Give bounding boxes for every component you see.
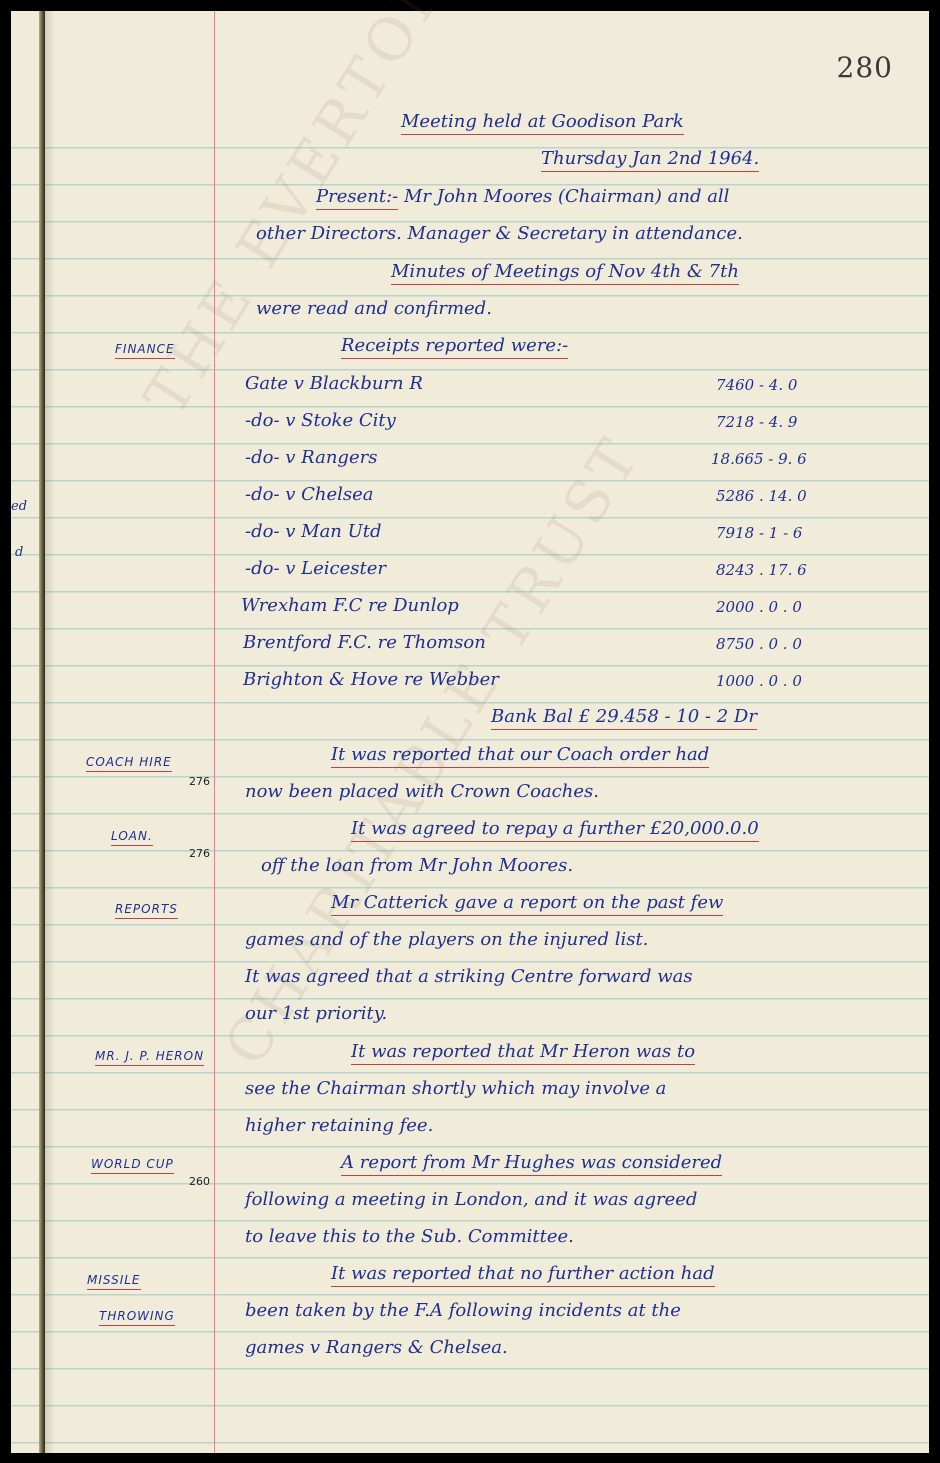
receipt-description: Gate v Blackburn R	[245, 373, 423, 394]
reports-line-2: games and of the players on the injured …	[245, 929, 648, 950]
coach-hire-line-2: now been placed with Crown Coaches.	[245, 781, 599, 802]
world-cup-line-2: following a meeting in London, and it wa…	[245, 1189, 697, 1210]
bank-balance: Bank Bal £ 29.458 - 10 - 2 Dr	[491, 706, 757, 730]
edge-mark: ed	[11, 499, 27, 514]
margin-label-heron: MR. J. P. HERON	[95, 1049, 204, 1066]
minutes-line-2: were read and confirmed.	[256, 298, 492, 319]
present-label: Present:-	[316, 186, 398, 210]
coach-hire-line-1: It was reported that our Coach order had	[331, 744, 709, 765]
heron-text: It was reported that Mr Heron was to	[351, 1041, 695, 1065]
receipts-heading: Receipts reported were:-	[341, 335, 568, 359]
world-cup-line-3: to leave this to the Sub. Committee.	[245, 1226, 574, 1247]
missile-line-3: games v Rangers & Chelsea.	[245, 1337, 508, 1358]
receipt-description: Wrexham F.C re Dunlop	[241, 595, 459, 616]
receipt-description: -do- v Rangers	[245, 447, 377, 468]
receipt-description: -do- v Leicester	[245, 558, 386, 579]
margin-label-finance: FINANCE	[115, 342, 175, 359]
present-text: Mr John Moores (Chairman) and all	[404, 186, 729, 207]
meeting-date: Thursday Jan 2nd 1964.	[541, 148, 759, 172]
red-margin-line	[214, 11, 215, 1453]
watermark: THE EVERTON COLLECTION	[131, 0, 666, 427]
margin-label-reports: REPORTS	[115, 902, 178, 919]
receipt-amount: 7460 - 4. 0	[716, 376, 797, 394]
receipt-amount: 5286 . 14. 0	[716, 487, 807, 505]
receipt-description: -do- v Stoke City	[245, 410, 396, 431]
receipt-description: Brentford F.C. re Thomson	[243, 632, 486, 653]
receipt-amount: 1000 . 0 . 0	[716, 672, 802, 690]
receipt-description: -do- v Man Utd	[245, 521, 382, 542]
world-cup-line-1: A report from Mr Hughes was considered	[341, 1152, 722, 1173]
margin-label-loan: LOAN.	[111, 829, 153, 846]
margin-label-world-cup: WORLD CUP	[91, 1157, 174, 1174]
receipt-amount: 2000 . 0 . 0	[716, 598, 802, 616]
cross-reference: 276	[189, 775, 210, 788]
heron-line-2: see the Chairman shortly which may invol…	[245, 1078, 666, 1099]
page-number: 280	[837, 51, 893, 84]
missile-line-1: It was reported that no further action h…	[331, 1263, 715, 1284]
cross-reference: 276	[189, 847, 210, 860]
receipt-amount: 8750 . 0 . 0	[716, 635, 802, 653]
receipt-description: Brighton & Hove re Webber	[243, 669, 499, 690]
minutes-line-1: Minutes of Meetings of Nov 4th & 7th	[391, 261, 739, 282]
missile-line-2: been taken by the F.A following incident…	[245, 1300, 681, 1321]
minutes-text: Minutes of Meetings of Nov 4th & 7th	[391, 261, 739, 285]
margin-label-throwing: THROWING	[99, 1309, 175, 1326]
heron-line-1: It was reported that Mr Heron was to	[351, 1041, 695, 1062]
binding-shadow	[45, 11, 55, 1453]
reports-line-1: Mr Catterick gave a report on the past f…	[331, 892, 723, 913]
reports-text: Mr Catterick gave a report on the past f…	[331, 892, 723, 916]
reports-line-4: our 1st priority.	[245, 1003, 387, 1024]
reports-line-3: It was agreed that a striking Centre for…	[245, 966, 693, 987]
receipt-amount: 7218 - 4. 9	[716, 413, 797, 431]
present-line-2: other Directors. Manager & Secretary in …	[256, 223, 743, 244]
loan-text: It was agreed to repay a further £20,000…	[351, 818, 759, 842]
present-line-1: Present:- Mr John Moores (Chairman) and …	[316, 186, 729, 207]
heron-line-3: higher retaining fee.	[245, 1115, 433, 1136]
cross-reference: 260	[189, 1175, 210, 1188]
missile-text: It was reported that no further action h…	[331, 1263, 715, 1287]
edge-mark: d	[15, 545, 23, 560]
receipt-description: -do- v Chelsea	[245, 484, 374, 505]
world-cup-text: A report from Mr Hughes was considered	[341, 1152, 722, 1176]
receipt-amount: 18.665 - 9. 6	[711, 450, 807, 468]
margin-label-coach-hire: COACH HIRE	[86, 755, 172, 772]
loan-line-1: It was agreed to repay a further £20,000…	[351, 818, 759, 839]
ledger-page: THE EVERTON COLLECTION CHARITABLE TRUST …	[11, 11, 929, 1453]
margin-label-missile: MISSILE	[87, 1273, 141, 1290]
meeting-title: Meeting held at Goodison Park	[401, 111, 684, 135]
loan-line-2: off the loan from Mr John Moores.	[261, 855, 573, 876]
receipt-amount: 8243 . 17. 6	[716, 561, 807, 579]
receipt-amount: 7918 - 1 - 6	[716, 524, 802, 542]
coach-hire-text: It was reported that our Coach order had	[331, 744, 709, 768]
